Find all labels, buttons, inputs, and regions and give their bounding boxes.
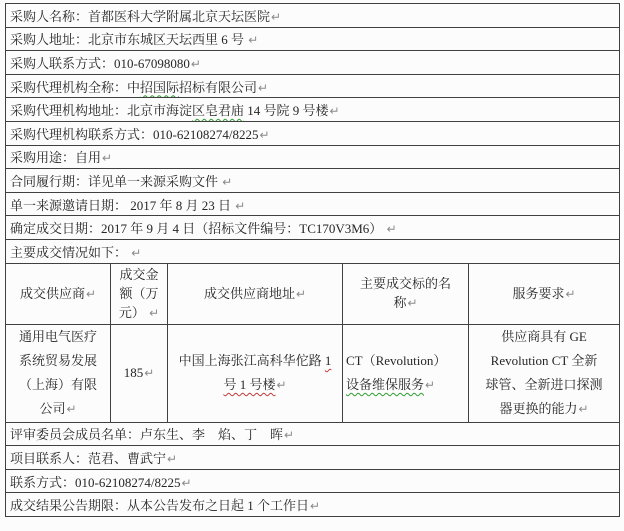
cell-text: 14 号院 9 号楼: [244, 103, 329, 118]
paragraph-mark-icon: ↵: [101, 151, 112, 165]
row-agency-address: 采购代理机构地址：北京市海淀区皂君庙 14 号院 9 号楼↵: [6, 98, 620, 122]
header-address: 成交供应商地址↵: [168, 263, 343, 324]
cell-text: 采购代理机构联系方式：010-62108274/8225: [10, 127, 258, 142]
buyer-address-cell: 采购人地址：北京市东城区天坛西里 6 号 ↵: [6, 27, 620, 51]
procurement-announcement-table: 采购人名称：首都医科大学附属北京天坛医院↵ 采购人地址：北京市东城区天坛西里 6…: [5, 3, 620, 517]
deal-table-record-row: 通用电气医疗 系统贸易发展 （上海）有限 公司↵ 185↵ 中国上海张江高科华佗…: [6, 324, 620, 422]
cell-text: 中国上海张江高科华佗路: [179, 353, 325, 368]
cell-text: 评审委员会成员名单：卢东生、李 焰、丁 晖: [10, 427, 283, 442]
paragraph-mark-icon: ↵: [564, 287, 575, 301]
cell-text: 单一来源邀请日期： 2017 年 8 月 23 日: [10, 198, 234, 213]
contract-period-cell: 合同履行期：详见单一来源采购文件 ↵: [6, 169, 620, 193]
paragraph-mark-icon: ↵: [386, 222, 397, 236]
header-service: 服务要求↵: [469, 263, 620, 324]
cell-text: 主要成交情况如下：: [10, 245, 130, 260]
cell-text: 合同履行期：详见单一来源采购文件: [10, 174, 221, 189]
record-amount-cell: 185↵: [111, 324, 168, 422]
document-page: 采购人名称：首都医科大学附属北京天坛医院↵ 采购人地址：北京市东城区天坛西里 6…: [0, 0, 624, 531]
cell-text: 成交结果公告期限：从本公告发布之日起 1 个工作日: [10, 498, 309, 513]
paragraph-mark-icon: ↵: [329, 104, 340, 118]
header-amount: 成交金 额（万 元） ↵: [111, 263, 168, 324]
misspell-underline: 招国际: [140, 80, 179, 95]
cell-text: 招标有限公司: [179, 80, 257, 95]
cell-text: 采购人名称：首都医科大学附属北京天坛医院: [10, 9, 270, 24]
deal-table-header-row: 成交供应商↵ 成交金 额（万 元） ↵ 成交供应商地址↵ 主要成交标的名 称↵ …: [6, 263, 620, 324]
paragraph-mark-icon: ↵: [295, 287, 306, 301]
misspell-underline: 设备维保服务: [346, 377, 424, 392]
row-committee: 评审委员会成员名单：卢东生、李 焰、丁 晖↵: [6, 422, 620, 446]
paragraph-mark-icon: ↵: [270, 10, 281, 24]
invitation-date-cell: 单一来源邀请日期： 2017 年 8 月 23 日 ↵: [6, 192, 620, 216]
record-service-cell: 供应商具有 GE Revolution CT 全新 球管、全新进口探测 器更换的…: [469, 324, 620, 422]
row-buyer-name: 采购人名称：首都医科大学附属北京天坛医院↵: [6, 4, 620, 28]
paragraph-mark-icon: ↵: [180, 476, 191, 490]
record-subject-cell: CT（Revolution） 设备维保服务↵: [343, 324, 469, 422]
header-text: 成交供应商: [20, 286, 85, 301]
record-address-cell: 中国上海张江高科华佗路 1 号 1 号楼↵: [168, 324, 343, 422]
deal-intro-cell: 主要成交情况如下： ↵: [6, 239, 620, 263]
agency-contact-cell: 采购代理机构联系方式：010-62108274/8225↵: [6, 121, 620, 145]
row-announcement-period: 成交结果公告期限：从本公告发布之日起 1 个工作日↵: [6, 493, 620, 517]
row-contract-period: 合同履行期：详见单一来源采购文件 ↵: [6, 169, 620, 193]
misspell-underline: 区皂君庙: [192, 103, 244, 118]
cell-text: 确定成交日期：2017 年 9 月 4 日（招标文件编号：TC170V3M6）: [10, 221, 386, 236]
paragraph-mark-icon: ↵: [424, 378, 435, 392]
paragraph-mark-icon: ↵: [234, 199, 245, 213]
paragraph-mark-icon: ↵: [130, 246, 141, 260]
committee-cell: 评审委员会成员名单：卢东生、李 焰、丁 晖↵: [6, 422, 620, 446]
row-buyer-address: 采购人地址：北京市东城区天坛西里 6 号 ↵: [6, 27, 620, 51]
cell-text: 采购代理机构全称：中: [10, 80, 140, 95]
paragraph-mark-icon: ↵: [143, 366, 154, 380]
purpose-cell: 采购用途：自用↵: [6, 145, 620, 169]
row-deal-intro: 主要成交情况如下： ↵: [6, 239, 620, 263]
row-contact-phone: 联系方式：010-62108274/8225↵: [6, 469, 620, 493]
header-text: 服务要求: [512, 286, 564, 301]
row-agency-contact: 采购代理机构联系方式：010-62108274/8225↵: [6, 121, 620, 145]
project-contacts-cell: 项目联系人：范君、曹武宁↵: [6, 446, 620, 470]
paragraph-mark-icon: ↵: [190, 57, 201, 71]
buyer-name-cell: 采购人名称：首都医科大学附属北京天坛医院↵: [6, 4, 620, 28]
announcement-period-cell: 成交结果公告期限：从本公告发布之日起 1 个工作日↵: [6, 493, 620, 517]
cell-text: 联系方式：010-62108274/8225: [10, 475, 180, 490]
paragraph-mark-icon: ↵: [85, 287, 96, 301]
cell-text: CT（Revolution）: [346, 353, 446, 368]
row-buyer-contact: 采购人联系方式：010-67098080↵: [6, 51, 620, 75]
paragraph-mark-icon: ↵: [247, 33, 258, 47]
row-project-contacts: 项目联系人：范君、曹武宁↵: [6, 446, 620, 470]
row-agency-name: 采购代理机构全称：中招国际招标有限公司↵: [6, 74, 620, 98]
record-supplier-cell: 通用电气医疗 系统贸易发展 （上海）有限 公司↵: [6, 324, 111, 422]
buyer-contact-cell: 采购人联系方式：010-67098080↵: [6, 51, 620, 75]
cell-text: 185: [124, 365, 144, 380]
cell-text: 采购人地址：北京市东城区天坛西里 6 号: [10, 32, 247, 47]
agency-name-cell: 采购代理机构全称：中招国际招标有限公司↵: [6, 74, 620, 98]
row-award-date: 确定成交日期：2017 年 9 月 4 日（招标文件编号：TC170V3M6） …: [6, 216, 620, 240]
row-invitation-date: 单一来源邀请日期： 2017 年 8 月 23 日 ↵: [6, 192, 620, 216]
paragraph-mark-icon: ↵: [258, 128, 269, 142]
header-subject: 主要成交标的名 称↵: [343, 263, 469, 324]
contact-phone-cell: 联系方式：010-62108274/8225↵: [6, 469, 620, 493]
paragraph-mark-icon: ↵: [257, 81, 268, 95]
award-date-cell: 确定成交日期：2017 年 9 月 4 日（招标文件编号：TC170V3M6） …: [6, 216, 620, 240]
cell-text: 采购用途：自用: [10, 150, 101, 165]
cell-text: 采购人联系方式：010-67098080: [10, 56, 190, 71]
header-supplier: 成交供应商↵: [6, 263, 111, 324]
paragraph-mark-icon: ↵: [283, 428, 294, 442]
paragraph-mark-icon: ↵: [166, 452, 177, 466]
paragraph-mark-icon: ↵: [577, 402, 588, 416]
row-purpose: 采购用途：自用↵: [6, 145, 620, 169]
paragraph-mark-icon: ↵: [148, 306, 159, 320]
agency-address-cell: 采购代理机构地址：北京市海淀区皂君庙 14 号院 9 号楼↵: [6, 98, 620, 122]
paragraph-mark-icon: ↵: [406, 296, 417, 310]
cell-text: 通用电气医疗 系统贸易发展 （上海）有限 公司: [19, 329, 97, 416]
paragraph-mark-icon: ↵: [65, 402, 76, 416]
cell-text: 采购代理机构地址：北京市海淀: [10, 103, 192, 118]
paragraph-mark-icon: ↵: [221, 175, 232, 189]
header-text: 成交供应商地址: [204, 286, 295, 301]
paragraph-mark-icon: ↵: [275, 378, 286, 392]
cell-text: 项目联系人：范君、曹武宁: [10, 451, 166, 466]
paragraph-mark-icon: ↵: [309, 499, 320, 513]
